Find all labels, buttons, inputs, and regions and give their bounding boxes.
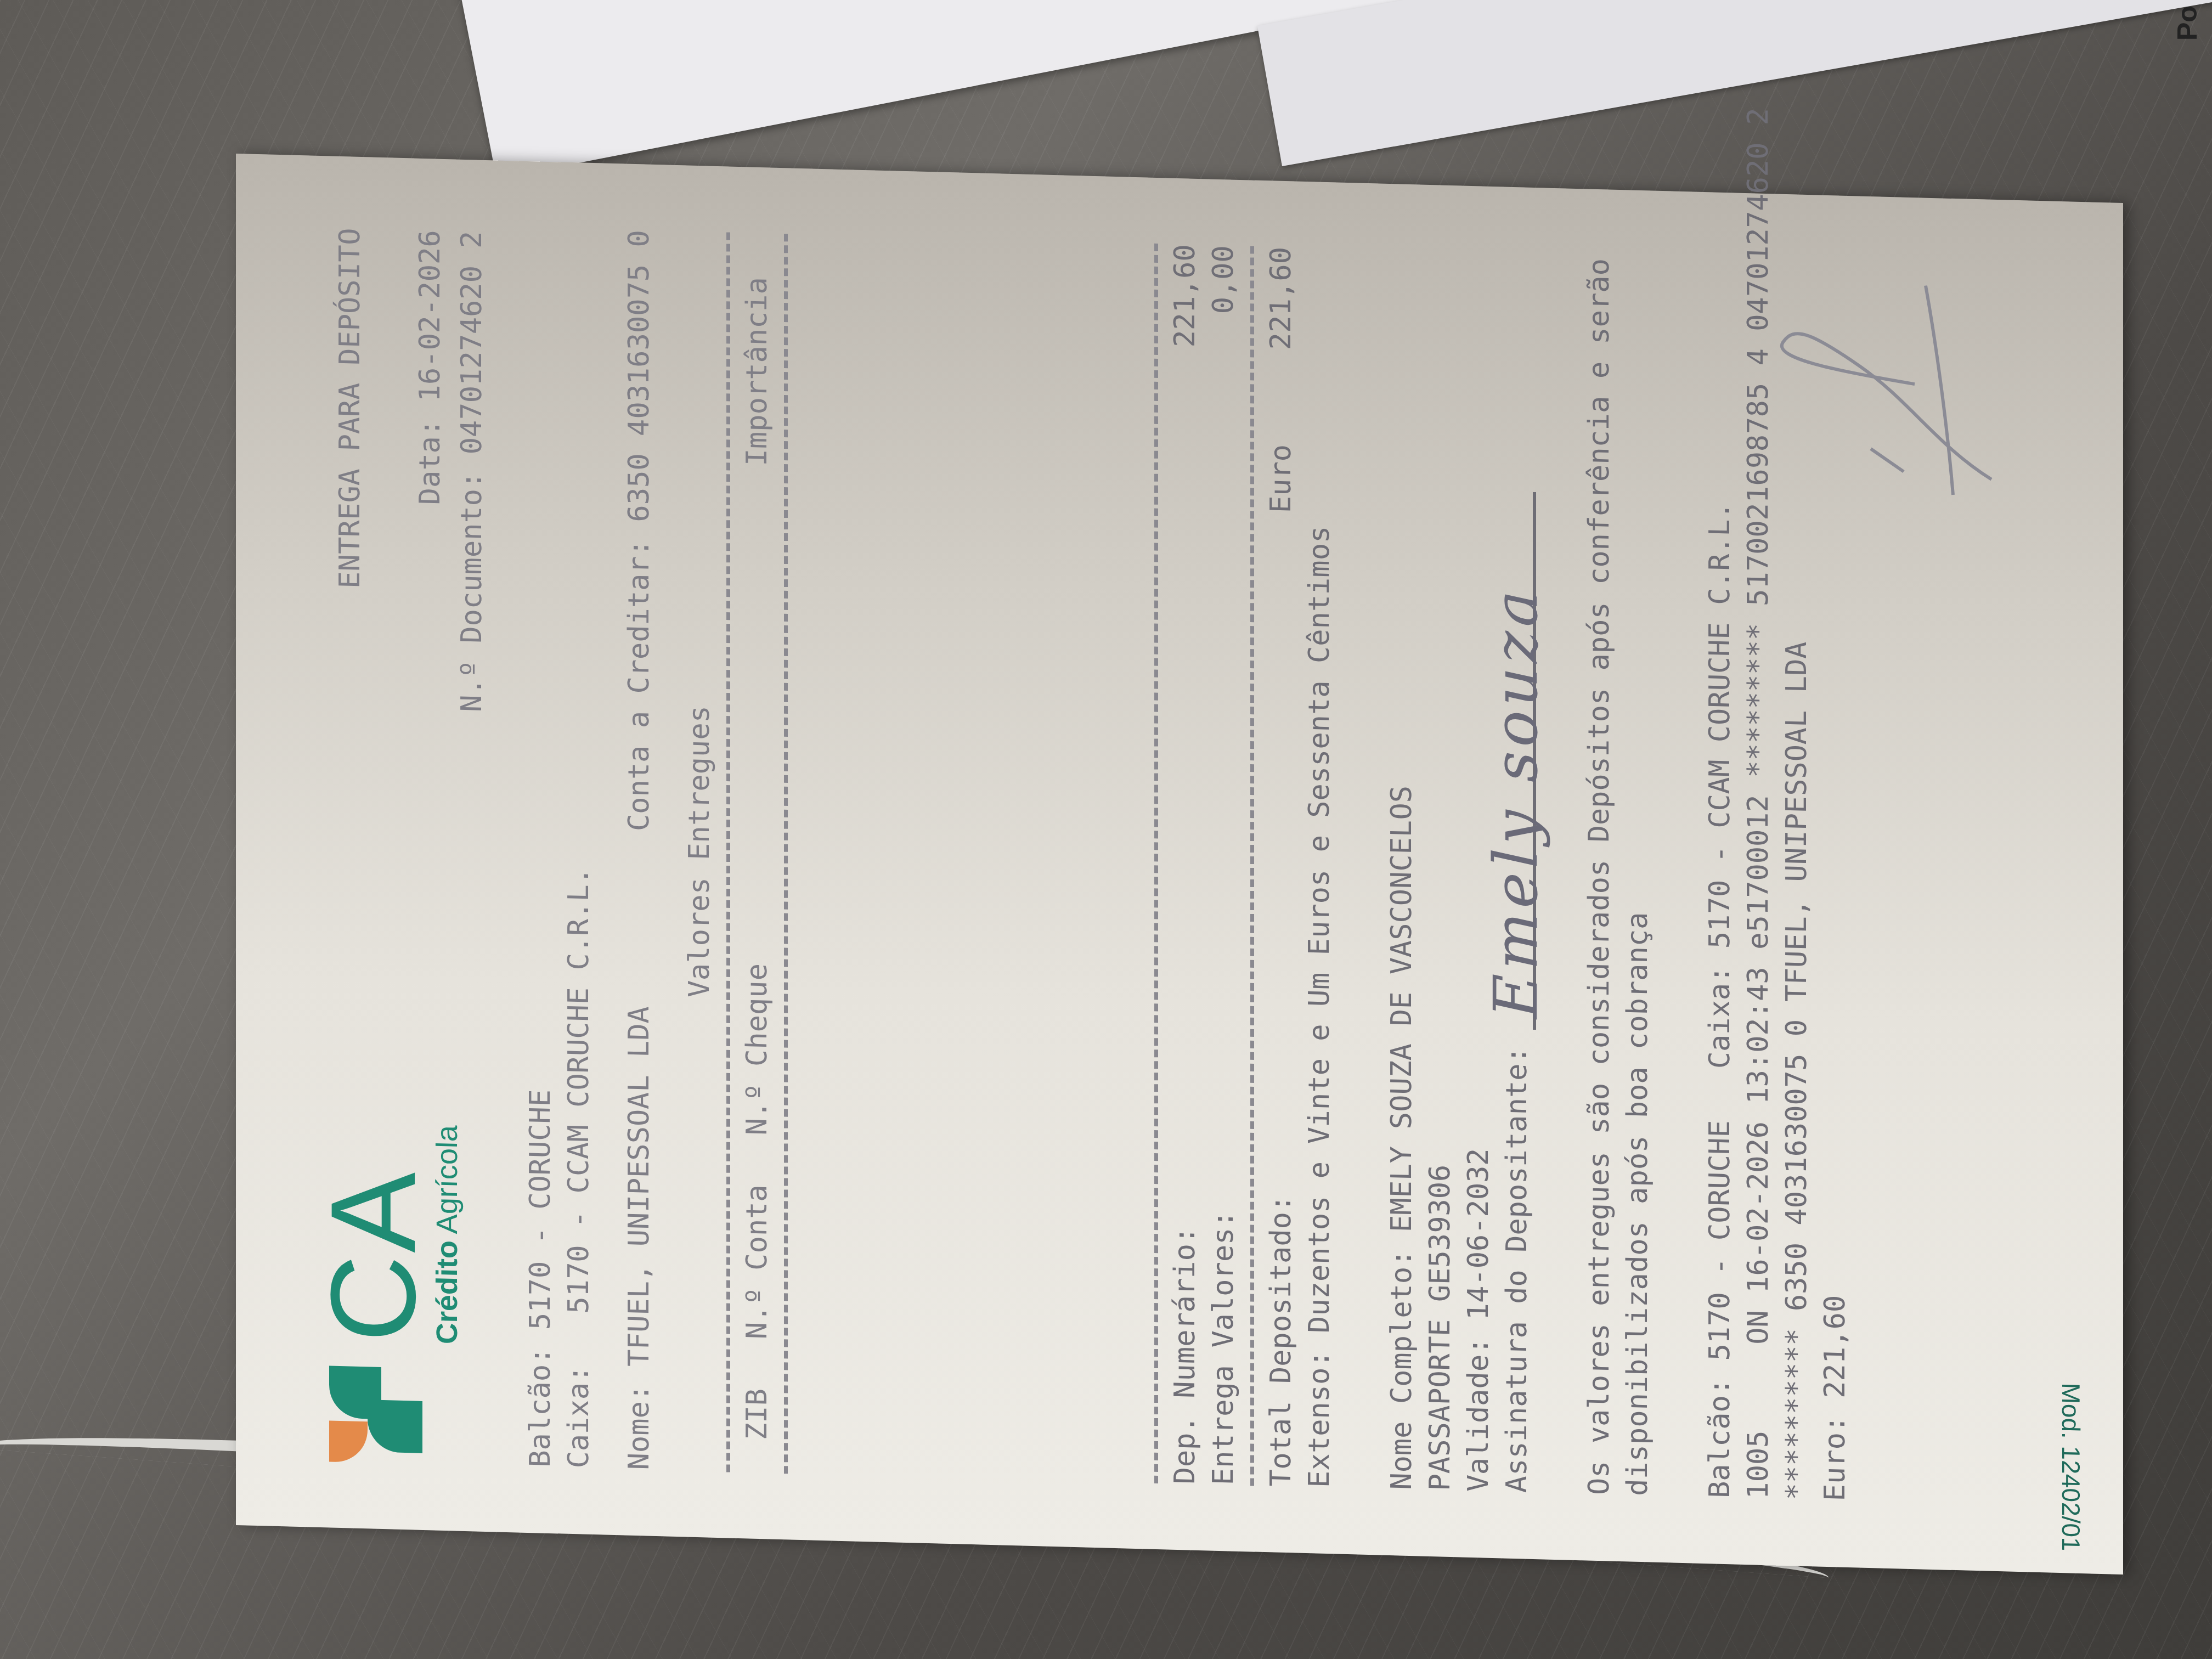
receipt-date: Data: 16-02-2026 (409, 229, 451, 712)
entrega-valores-row: Entrega Valores:0,00 (1204, 245, 1243, 1486)
receipt-header: ENTREGA PARA DEPÓSITO Data: 16-02-2026 N… (329, 227, 493, 712)
caixa-line: Caixa: 5170 - CCAM CORUCHE C.R.L. (560, 228, 598, 1469)
divider (1250, 246, 1254, 1486)
validation-line-1: Balcão: 5170 - CORUCHE Caixa: 5170 - CCA… (1701, 258, 1739, 1499)
depositor-name: Nome Completo: EMELY SOUZA DE VASCONCELO… (1383, 250, 1421, 1491)
dep-numerario-row: Dep. Numerário:221,60 (1166, 244, 1204, 1485)
total-row: Total Depositado:Euro221,60 (1262, 246, 1300, 1487)
signature-field: Emely souza (1500, 491, 1536, 1030)
depositor-signature-row: Assinatura do Depositante: Emely souza (1498, 252, 1536, 1493)
leaf-logo-icon (329, 1357, 428, 1464)
depositor-id: PASSAPORTE GE539306 (1421, 251, 1459, 1492)
values-table-header: ZIB N.º Conta N.º Cheque Importância (738, 233, 776, 1474)
handwritten-signature: Emely souza (1497, 586, 1535, 1019)
deposit-receipt: CA Crédito Agrícola ENTREGA PARA DEPÓSIT… (236, 154, 2123, 1575)
logo-name: Crédito Agrícola (428, 1125, 466, 1345)
balcao-line: Balcão: 5170 - CORUCHE (521, 227, 560, 1468)
divider (784, 234, 788, 1474)
teller-signature-icon (1772, 276, 2002, 512)
divider (1154, 244, 1158, 1483)
receipt-wrap: CA Crédito Agrícola ENTREGA PARA DEPÓSIT… (236, 132, 2145, 1514)
fragment: Po (2171, 0, 2203, 41)
form-model-number: Mod. 12402/01 (2052, 1383, 2090, 1552)
divider (726, 232, 730, 1472)
logo-mark-text: CA (318, 1122, 428, 1344)
document-number: N.º Documento: 04701274620 2 (451, 230, 493, 713)
account-line: Nome: TFUEL, UNIPESSOAL LDA Conta a Cred… (620, 229, 658, 1470)
extenso-row: Extenso: Duzentos e Vinte e Um Euros e S… (1300, 247, 1339, 1488)
receipt-title: ENTREGA PARA DEPÓSITO (329, 227, 371, 709)
notice-line-1: Os valores entregues são considerados De… (1580, 255, 1618, 1496)
background-document-text: Po (2163, 0, 2212, 71)
notice-line-2: disponibilizados após boa cobrança (1618, 256, 1657, 1497)
values-table-title: Valores Entregues (680, 231, 719, 1472)
